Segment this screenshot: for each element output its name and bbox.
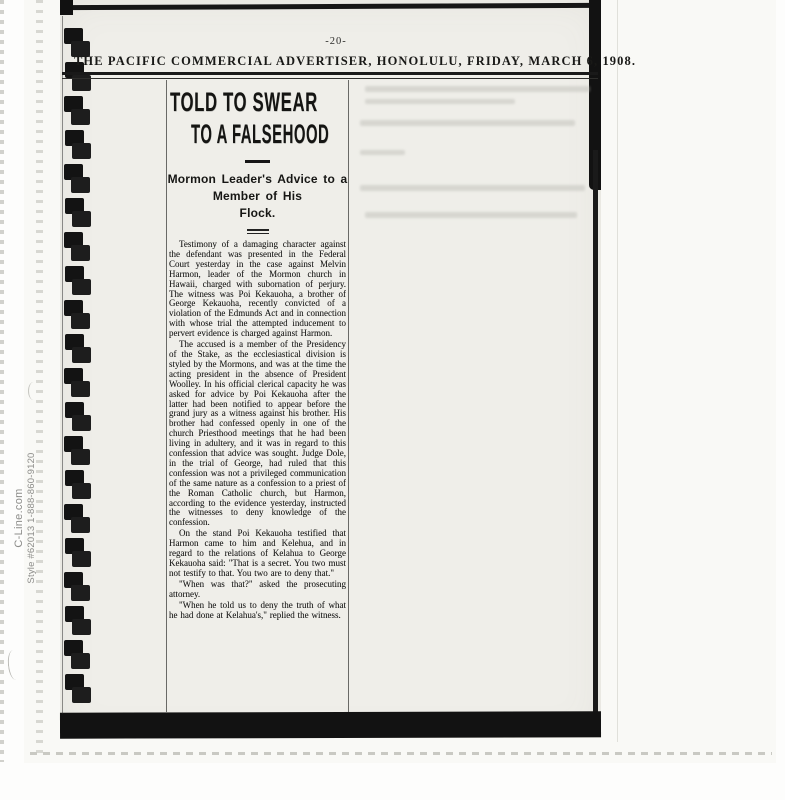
- binding-tooth: [65, 470, 91, 500]
- scan-edge-right-thin: [593, 150, 598, 732]
- binding-tooth: [65, 130, 91, 160]
- bleed-through-text: [360, 185, 585, 191]
- binding-tooth: [64, 300, 90, 330]
- photocopied-newspaper-page: -20- THE PACIFIC COMMERCIAL ADVERTISER, …: [60, 0, 601, 738]
- bleed-through-text: [360, 120, 575, 126]
- subhead-line-3: Flock.: [167, 205, 348, 222]
- binding-tooth: [65, 198, 91, 228]
- binding-tooth: [65, 266, 91, 296]
- binding-spine-line: [62, 16, 63, 714]
- binding-tooth: [64, 164, 90, 194]
- scan-edge-top: [62, 3, 592, 10]
- binding-tooth: [64, 572, 90, 602]
- bleed-through-text: [365, 212, 577, 218]
- comb-binding: [64, 0, 100, 712]
- article-body: Testimony of a damaging character agains…: [167, 240, 348, 620]
- article-paragraph: Testimony of a damaging character agains…: [169, 240, 346, 339]
- bleed-through-text: [365, 86, 590, 92]
- article-paragraph: "When he told us to deny the truth of wh…: [169, 601, 346, 621]
- page-number: -20-: [325, 36, 347, 47]
- pen-mark: [28, 382, 39, 400]
- headline-divider: [245, 160, 270, 163]
- scan-edge-bottom: [60, 711, 601, 738]
- sleeve-style-number: Style #62013 1-888-860-9120: [26, 415, 37, 621]
- sleeve-right-edge: [617, 0, 618, 742]
- newspaper-masthead: THE PACIFIC COMMERCIAL ADVERTISER, HONOL…: [74, 53, 600, 69]
- binding-tooth: [65, 674, 91, 704]
- binding-tooth: [64, 232, 90, 262]
- headline-line-1: TOLD TO SWEAR: [170, 87, 280, 118]
- bleed-through-text: [360, 150, 405, 155]
- sleeve-brand-name: C-Line.com: [13, 415, 26, 621]
- sleeve-stitch-edge: [36, 0, 43, 757]
- article-column: TOLD TO SWEAR TO A FALSEHOOD Mormon Lead…: [166, 80, 349, 712]
- binding-tooth: [65, 402, 91, 432]
- article-paragraph: The accused is a member of the Presidenc…: [169, 340, 346, 528]
- masthead-rule-thin: [62, 78, 598, 79]
- binding-tooth: [64, 436, 90, 466]
- subhead-line-2: Member of His: [167, 188, 348, 205]
- subhead-divider: [247, 229, 269, 234]
- binding-tooth: [65, 334, 91, 364]
- article-paragraph: "When was that?" asked the prosecuting a…: [169, 580, 346, 600]
- binder-edge-perforation: [0, 0, 4, 762]
- headline-line-2: TO A FALSEHOOD: [191, 119, 277, 150]
- binding-tooth: [64, 96, 90, 126]
- masthead-rule-thick: [62, 72, 598, 75]
- binding-tooth: [64, 504, 90, 534]
- subhead-line-1: Mormon Leader's Advice to a: [167, 171, 348, 188]
- sleeve-brand-text: C-Line.com Style #62013 1-888-860-9120: [13, 415, 41, 621]
- bleed-through-text: [365, 99, 515, 104]
- binding-tooth: [65, 538, 91, 568]
- binding-tooth: [64, 368, 90, 398]
- pen-mark: [6, 649, 22, 680]
- binding-tooth: [64, 640, 90, 670]
- article-paragraph: On the stand Poi Kekauoha testified that…: [169, 529, 346, 579]
- binding-tooth: [65, 606, 91, 636]
- sleeve-bottom-perforation: [30, 752, 772, 755]
